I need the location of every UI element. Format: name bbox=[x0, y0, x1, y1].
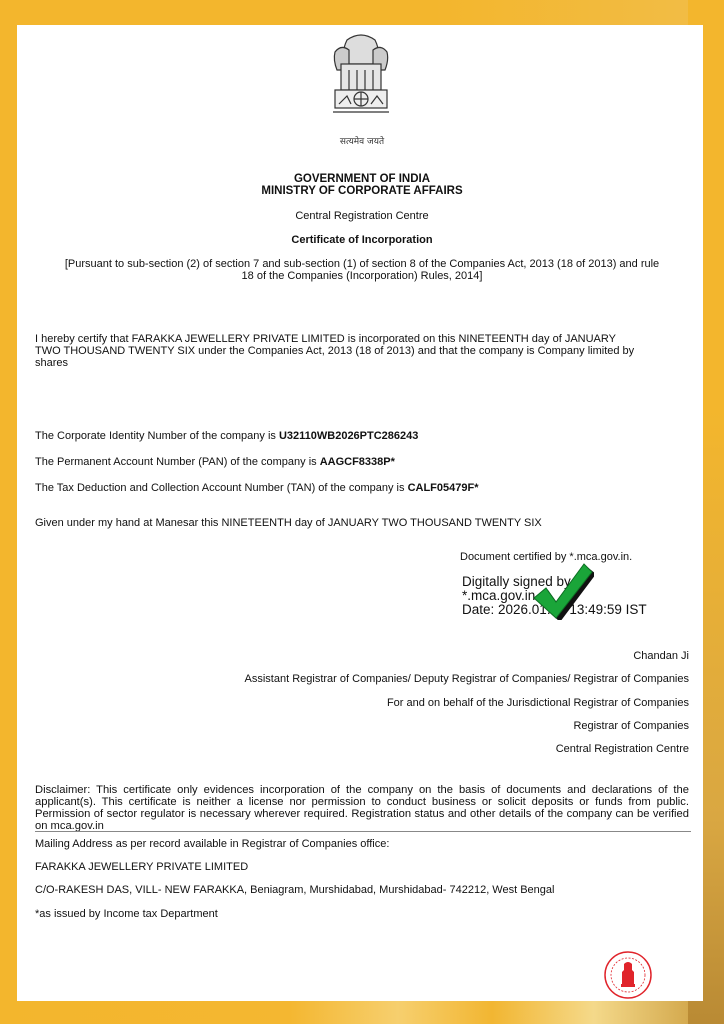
pursuant-line-1: [Pursuant to sub-section (2) of section … bbox=[17, 258, 707, 270]
certificate-paper bbox=[17, 25, 703, 1001]
registrar-role: Registrar of Companies bbox=[573, 720, 689, 732]
certification-line-2: TWO THOUSAND TWENTY SIX under the Compan… bbox=[35, 345, 634, 357]
office-name: Central Registration Centre bbox=[17, 210, 707, 222]
mailing-address-label: Mailing Address as per record available … bbox=[35, 838, 389, 850]
digitally-signed-line-2: *.mca.gov.in bbox=[462, 589, 535, 603]
registrar-behalf: For and on behalf of the Jurisdictional … bbox=[387, 697, 689, 709]
mailing-address: C/O-RAKESH DAS, VILL- NEW FARAKKA, Benia… bbox=[35, 884, 554, 896]
tan-label: The Tax Deduction and Collection Account… bbox=[35, 482, 408, 494]
pan-label: The Permanent Account Number (PAN) of th… bbox=[35, 456, 320, 468]
ministry-seal-icon bbox=[603, 950, 653, 1000]
cin-label: The Corporate Identity Number of the com… bbox=[35, 430, 279, 442]
government-heading: GOVERNMENT OF INDIA bbox=[17, 173, 707, 185]
mailing-company-name: FARAKKA JEWELLERY PRIVATE LIMITED bbox=[35, 861, 248, 873]
certification-line-3: shares bbox=[35, 357, 68, 369]
tan-statement: The Tax Deduction and Collection Account… bbox=[35, 482, 478, 494]
registrar-name: Chandan Ji bbox=[633, 650, 689, 662]
certificate-title: Certificate of Incorporation bbox=[17, 234, 707, 246]
cin-value: U32110WB2026PTC286243 bbox=[279, 430, 418, 442]
pan-statement: The Permanent Account Number (PAN) of th… bbox=[35, 456, 395, 468]
motto-text: सत्यमेव जयते bbox=[320, 134, 404, 147]
registrar-designation: Assistant Registrar of Companies/ Deputy… bbox=[245, 673, 689, 685]
national-emblem-icon bbox=[327, 30, 395, 120]
pan-value: AAGCF8338P* bbox=[320, 456, 395, 468]
divider-line bbox=[35, 831, 691, 832]
green-checkmark-icon bbox=[530, 560, 594, 620]
registrar-office: Central Registration Centre bbox=[556, 743, 689, 755]
tan-value: CALF05479F* bbox=[408, 482, 479, 494]
given-statement: Given under my hand at Manesar this NINE… bbox=[35, 517, 542, 529]
ministry-heading: MINISTRY OF CORPORATE AFFAIRS bbox=[17, 185, 707, 197]
income-tax-footnote: *as issued by Income tax Department bbox=[35, 908, 218, 920]
frame-border-top bbox=[0, 0, 724, 26]
disclaimer-text: Disclaimer: This certificate only eviden… bbox=[35, 784, 689, 832]
certification-line-1: I hereby certify that FARAKKA JEWELLERY … bbox=[35, 333, 616, 345]
cin-statement: The Corporate Identity Number of the com… bbox=[35, 430, 418, 442]
pursuant-line-2: 18 of the Companies (Incorporation) Rule… bbox=[17, 270, 707, 282]
